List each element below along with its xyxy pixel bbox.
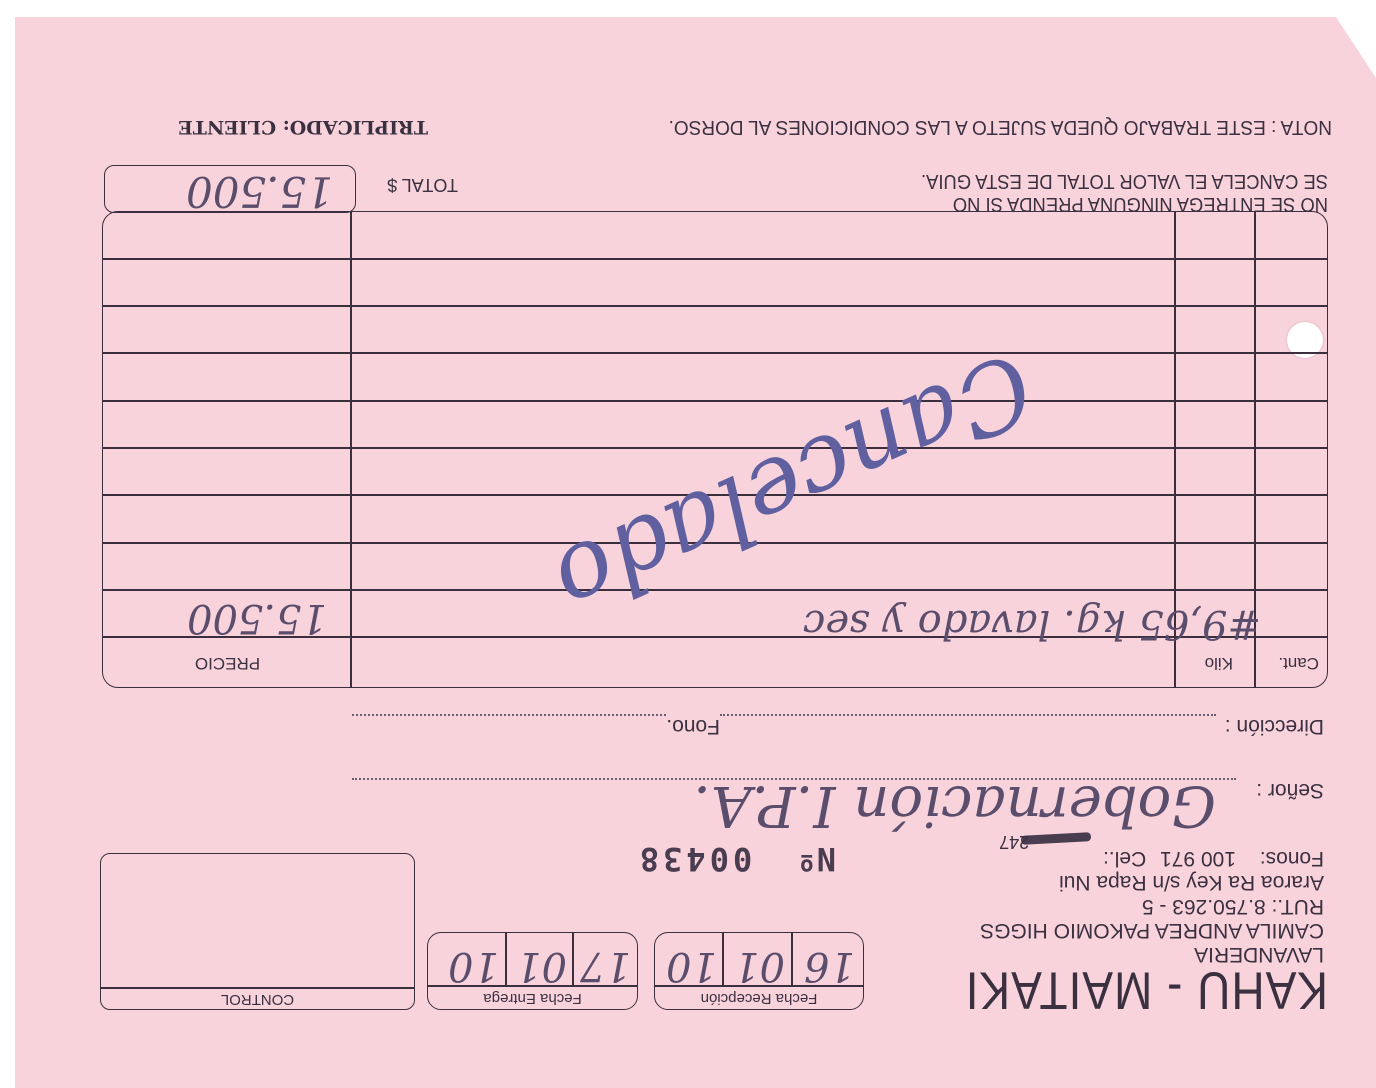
receipt-rotated-container: KAHU - MAITAKI LAVANDERIA CAMILA ANDREA … [0,0,1376,1088]
row-1-description: #9,65 kg. lavado y sec [803,601,1261,647]
direccion-dotted-line [720,714,1216,716]
delivery-date-label: Fecha Entrega [428,990,637,1007]
phones-value: 100 971 [1160,847,1236,870]
header-cant: Cant. [1278,653,1319,673]
direccion-label: Dirección : [1225,714,1324,738]
total-box: 15.500 [104,165,356,213]
receipt-number-value: 00438 [636,840,752,878]
brand-title: KAHU - MAITAKI [965,960,1328,1022]
delivery-month: 01 [516,943,567,989]
delivery-date-box: Fecha Entrega 17 01 10 [427,932,638,1010]
reception-year: 10 [666,943,717,989]
phones-label: Fonos: [1260,847,1324,870]
receipt-number: Nº 00438 [636,840,836,878]
header-kilo: Kilo [1205,653,1233,673]
cel-label: Cel.: [1103,847,1146,870]
warning-line-1: NO SE ENTREGA NINGUNA PRENDA SI NO [953,192,1328,215]
rut: RUT.: 8.750.263 - 5 [1142,894,1324,918]
cancelado-stamp: Cancelado [538,330,1050,640]
copy-type: TRIPLICADO: CLIENTE [178,116,428,138]
fono-label: Fono. [666,714,720,738]
phones-line: Fonos: 100 971 Cel.: 247 [1007,846,1324,870]
reception-month: 01 [734,943,785,989]
header-precio: PRECIO [103,653,352,673]
owner-name: CAMILA ANDREA PAKOMIO HIGGS [980,918,1324,942]
total-label: TOTAL $ [387,174,458,195]
reception-day: 16 [804,943,855,989]
delivery-day: 17 [580,943,631,989]
warning-line-2: SE CANCELA EL VALOR TOTAL DE ESTA GUIA. [921,169,1328,192]
business-type: LAVANDERIA [1194,942,1324,966]
reception-date-label: Fecha Recepción [655,990,863,1007]
senor-value[interactable]: Gobernación I.P.A. [693,773,1216,838]
reception-date-box: Fecha Recepción 16 01 10 [654,932,864,1010]
senor-label: Señor : [1256,778,1324,802]
nota-text: NOTA : ESTE TRABAJO QUEDA SUJETO A LAS C… [669,115,1332,138]
delivery-year: 10 [448,943,499,989]
control-label: CONTROL [101,991,414,1008]
row-1-precio: 15.500 [187,595,327,641]
receipt-number-label: Nº [797,840,836,878]
receipt-paper: KAHU - MAITAKI LAVANDERIA CAMILA ANDREA … [15,17,1376,1088]
total-value: 15.500 [186,167,333,216]
fono-dotted-line [352,714,666,716]
address: Araroa Ra Key s/n Rapa Nui [1059,870,1324,894]
control-box: CONTROL [100,853,415,1010]
items-table: Cant. Kilo PRECIO #9,65 kg. lavado y sec… [102,211,1328,688]
